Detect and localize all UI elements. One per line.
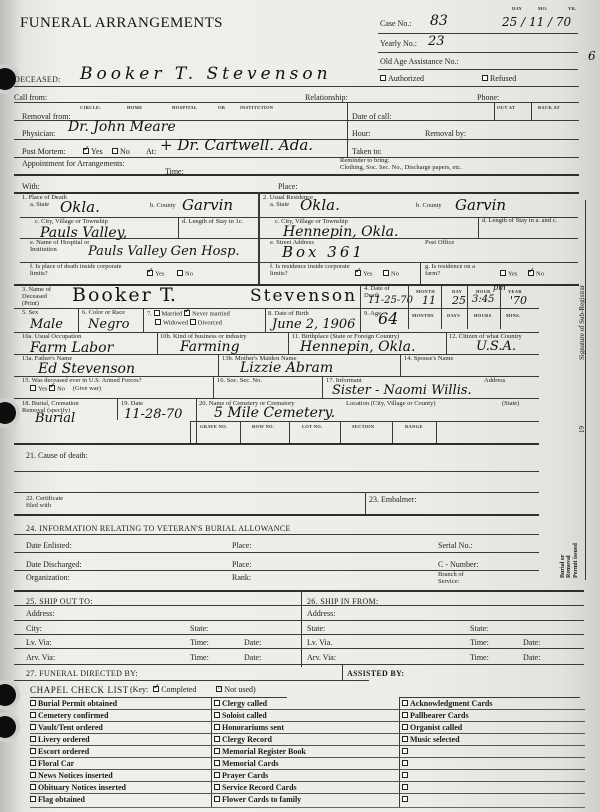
ship-in-arv-via-label: Arv. Via: xyxy=(307,654,336,662)
sex-value[interactable]: Male xyxy=(30,318,63,331)
funeral-directed-by-label: 27. FUNERAL DIRECTED BY: xyxy=(26,669,138,678)
checklist-item-cemetery-confirmed[interactable]: Cemetery confirmed xyxy=(30,711,108,720)
ship-in-state-label-2: State: xyxy=(470,625,488,633)
no-label: No xyxy=(120,147,130,156)
res-state-value[interactable]: Okla. xyxy=(300,198,340,213)
father-value[interactable]: Ed Stevenson xyxy=(38,362,135,376)
case-no-label: Case No.: xyxy=(380,20,412,28)
permit-issued-label: Burial or Removal Permit issued xyxy=(560,538,579,578)
death-corp-no[interactable]: No xyxy=(177,271,193,278)
checklist-item-memorial-register[interactable]: Memorial Register Book xyxy=(214,747,306,756)
post-office-label: Post Office xyxy=(425,240,454,247)
checklist-item-soloist-called[interactable]: Soloist called xyxy=(214,711,267,720)
mother-value[interactable]: Lizzie Abram xyxy=(240,361,333,375)
date-header-year: YR. xyxy=(568,6,577,11)
farm-no[interactable]: No xyxy=(528,271,544,278)
armed-forces-label: 15. Was deceased ever in U.S. Armed Forc… xyxy=(22,378,142,385)
checklist-item-music[interactable]: Music selected xyxy=(402,735,460,744)
section-label: SECTION xyxy=(352,424,374,429)
death-county-label: b. County xyxy=(150,203,176,210)
ship-out-lv-via-label: Lv. Via: xyxy=(26,639,52,647)
punch-hole-bottom-2 xyxy=(0,716,16,738)
circle-hospital[interactable]: HOSPITAL xyxy=(172,105,197,110)
widowed-checkbox[interactable] xyxy=(155,319,161,325)
armed-forces-yes[interactable] xyxy=(30,385,36,391)
ship-in-lv-time-label: Time: xyxy=(470,639,489,647)
checklist-item-flower-cards[interactable]: Flower Cards to family xyxy=(214,795,301,804)
checklist-item-blank-3[interactable] xyxy=(402,771,410,780)
no-label: No xyxy=(536,270,544,277)
form-title: FUNERAL ARRANGEMENTS xyxy=(20,15,223,32)
date-header-day: DAY xyxy=(512,6,522,11)
yes-label: Yes xyxy=(91,147,103,156)
cause-of-death-label: 21. Cause of death: xyxy=(26,452,88,460)
days-label: DAYS xyxy=(447,313,460,318)
hospital-value[interactable]: Pauls Valley Gen Hosp. xyxy=(88,245,240,258)
removal-by-label: Removal by: xyxy=(425,130,466,138)
ship-in-state-label-1: State: xyxy=(307,625,325,633)
death-hour-value[interactable]: 3:45 xyxy=(472,295,494,305)
circle-label: CIRCLE: xyxy=(80,105,101,110)
checklist-item-floral-car[interactable]: Floral Car xyxy=(30,759,74,768)
widowed-label: Widowed xyxy=(163,320,188,327)
checklist-item-acknowledgment[interactable]: Acknowledgment Cards xyxy=(402,699,492,708)
ship-out-arv-via-label: Arv. Via: xyxy=(26,654,55,662)
ship-out-lv-time-label: Time: xyxy=(190,639,209,647)
checklist-item-pallbearer[interactable]: Pallbearer Cards xyxy=(402,711,469,720)
yes-label: Yes xyxy=(155,270,164,277)
checklist-key: (Key: Completed oNot used) xyxy=(130,686,256,694)
deceased-value[interactable]: Booker T. Stevenson xyxy=(80,66,332,83)
disposition-date-value[interactable]: 11-28-70 xyxy=(124,408,182,421)
checklist-item-memorial-cards[interactable]: Memorial Cards xyxy=(214,759,279,768)
res-stay-label: d. Length of Stay in a. and c. xyxy=(482,218,562,225)
res-city-value[interactable]: Hennepin, Okla. xyxy=(283,225,398,239)
post-mortem-no[interactable]: No xyxy=(112,148,130,156)
completed-label: Completed xyxy=(161,685,196,694)
ship-in-lv-via-label: Lv. Via. xyxy=(307,639,332,647)
circle-home[interactable]: HOME xyxy=(127,105,142,110)
date-of-death-value[interactable]: 11-25-70 xyxy=(368,296,413,306)
row-no-label: ROW NO. xyxy=(252,424,274,429)
case-no-value[interactable]: 83 xyxy=(430,14,448,28)
punch-hole-middle xyxy=(0,402,16,424)
post-mortem-yes[interactable]: Yes xyxy=(83,148,103,156)
age-value[interactable]: 64 xyxy=(378,311,398,327)
race-label: 6. Color or Race xyxy=(82,310,125,317)
relationship-label: Relationship: xyxy=(305,94,348,102)
checklist-item-blank-2[interactable] xyxy=(402,759,410,768)
armed-forces-options: Yes No (Give war) xyxy=(30,386,101,393)
mins-label: MINS. xyxy=(506,313,520,318)
taken-to-label: Taken to: xyxy=(352,148,382,156)
phone-label: Phone: xyxy=(477,94,499,102)
checklist-item-honorariums[interactable]: Honorariums sent xyxy=(214,723,284,732)
yearly-no-value[interactable]: 23 xyxy=(428,35,445,48)
assisted-by-label: ASSISTED BY: xyxy=(347,669,404,678)
back-at-label: BACK AT xyxy=(538,105,560,110)
not-used-label: Not used) xyxy=(224,685,255,694)
sub-registrar-year-label: 19 xyxy=(578,426,586,433)
checklist-item-news-notices[interactable]: News Notices inserted xyxy=(30,771,113,780)
rank-label: Rank: xyxy=(232,574,251,582)
death-county-value[interactable]: Garvin xyxy=(182,198,233,213)
old-age-assistance-label: Old Age Assistance No.: xyxy=(380,58,459,66)
branch-label: Branch of Service: xyxy=(438,572,486,586)
cemetery-value[interactable]: 5 Mile Cemetery. xyxy=(214,406,335,420)
res-county-value[interactable]: Garvin xyxy=(455,198,506,213)
checklist-item-clergy-record[interactable]: Clergy Record xyxy=(214,735,272,744)
enlisted-place-label: Place: xyxy=(232,542,252,550)
physician-label: Physician: xyxy=(22,130,55,138)
physician-value[interactable]: Dr. John Meare xyxy=(68,120,176,134)
deceased-last-name[interactable]: Stevenson xyxy=(250,288,357,305)
industry-value[interactable]: Farming xyxy=(180,340,240,354)
circle-institution[interactable]: INSTITUTION xyxy=(240,105,273,110)
disposition-value[interactable]: Burial xyxy=(35,412,75,425)
date-header-month: MO. xyxy=(538,6,548,11)
date-discharged-label: Date Discharged: xyxy=(26,561,82,569)
checklist-item-blank-4[interactable] xyxy=(402,783,410,792)
no-label: No xyxy=(185,270,193,277)
never-married-checkbox[interactable] xyxy=(184,310,190,316)
key-label: (Key: xyxy=(130,685,148,694)
hospital-label: e. Name of Hospital or Institution xyxy=(30,240,90,254)
with-label: With: xyxy=(22,183,40,191)
informant-address-label: Address xyxy=(484,378,505,385)
post-mortem-label: Post Mortem: xyxy=(22,148,66,156)
deceased-middle-initial[interactable]: T. xyxy=(160,286,176,305)
res-corp-limits-label: f. Is residence inside corporate limits? xyxy=(270,264,360,278)
yearly-no-label: Yearly No.: xyxy=(380,40,417,48)
no-label: No xyxy=(57,385,65,392)
punch-hole-bottom xyxy=(0,684,16,706)
ship-in-arv-time-label: Time: xyxy=(470,654,489,662)
yes-label: Yes xyxy=(363,270,372,277)
marital-status-group: 7. Married Never married Widowed Divorce… xyxy=(147,311,230,328)
divorced-label: Divorced xyxy=(198,320,222,327)
married-checkbox[interactable] xyxy=(154,310,160,316)
checklist-item-burial-permit[interactable]: Burial Permit obtained xyxy=(30,699,117,708)
out-at-label: OUT AT xyxy=(497,105,515,110)
call-from-label: Call from: xyxy=(14,94,47,102)
completed-key-icon xyxy=(153,686,159,692)
cemetery-state-label: (State) xyxy=(502,401,519,408)
death-state-label: a. State xyxy=(30,202,49,209)
ship-out-address-label: Address: xyxy=(26,610,54,618)
embalmer-label: 23. Embalmer: xyxy=(369,496,417,504)
ship-in-arv-date-label: Date: xyxy=(523,654,540,662)
sex-label: 5. Sex xyxy=(22,310,38,317)
discharged-place-label: Place: xyxy=(232,561,252,569)
refused-label: Refused xyxy=(490,74,516,83)
veteran-heading: 24. INFORMATION RELATING TO VETERAN'S BU… xyxy=(26,524,291,533)
sub-registrar-signature-label: Signature of Sub-Registrar xyxy=(578,285,586,360)
range-label: RANGE xyxy=(405,424,423,429)
armed-forces-no[interactable] xyxy=(49,385,55,391)
married-label: Married xyxy=(162,310,183,317)
at-label: At: xyxy=(146,148,156,156)
at-value[interactable]: + Dr. Cartwell. Ada. xyxy=(160,138,313,153)
certificate-filed-label: 22. Certificate filed with xyxy=(26,496,76,510)
serial-no-label: Serial No.: xyxy=(438,542,473,550)
deceased-name-label: 3. Name of Deceased (Print) xyxy=(22,287,62,307)
checklist-item-vault-tent[interactable]: Vault/Tent ordered xyxy=(30,723,103,732)
birth-date-value[interactable]: June 2, 1906 xyxy=(272,318,355,331)
ship-out-arv-date-label: Date: xyxy=(244,654,261,662)
cemetery-location-label: Location (City, Village or County) xyxy=(346,401,436,408)
authorized-label: Authorized xyxy=(388,74,424,83)
checklist-item-escort[interactable]: Escort ordered xyxy=(30,747,89,756)
informant-value[interactable]: Sister - Naomi Willis. xyxy=(332,384,472,397)
authorized-checkbox[interactable]: Authorized xyxy=(380,75,424,83)
ship-out-lv-date-label: Date: xyxy=(244,639,261,647)
death-day-value[interactable]: 25 xyxy=(452,295,466,306)
res-corp-yes[interactable]: Yes xyxy=(355,271,372,278)
res-county-label: b. County xyxy=(416,203,442,210)
checklist-item-blank-1[interactable] xyxy=(402,747,410,756)
form-date-value[interactable]: 25 / 11 / 70 xyxy=(502,16,571,28)
death-state-value[interactable]: Okla. xyxy=(60,200,100,215)
checklist-item-organist[interactable]: Organist called xyxy=(402,723,462,732)
refused-checkbox[interactable]: Refused xyxy=(482,75,516,83)
death-stay-label: d. Length of Stay in 1c. xyxy=(182,219,247,226)
race-value[interactable]: Negro xyxy=(88,318,129,331)
yes-label: Yes xyxy=(508,270,517,277)
place-label: Place: xyxy=(278,183,298,191)
deceased-label: DECEASED: xyxy=(14,76,61,84)
birthplace-value[interactable]: Hennepin, Okla. xyxy=(300,340,415,354)
give-war-label: (Give war) xyxy=(73,385,101,392)
death-month-value[interactable]: 11 xyxy=(422,295,436,306)
c-number-label: C - Number: xyxy=(438,561,478,569)
checklist-item-obituary-notices[interactable]: Obituary Notices inserted xyxy=(30,783,126,792)
not-used-key-icon: o xyxy=(216,686,222,692)
deceased-first-name[interactable]: Booker xyxy=(72,286,153,305)
no-label: No xyxy=(391,270,399,277)
never-married-label: Never married xyxy=(192,310,230,317)
hour-label: Hour: xyxy=(352,130,371,138)
yes-label: Yes xyxy=(38,385,47,392)
ship-out-arv-time-label: Time: xyxy=(190,654,209,662)
checklist-item-flag[interactable]: Flag obtained xyxy=(30,795,85,804)
ship-in-address-label: Address: xyxy=(307,610,335,618)
funeral-arrangements-form: FUNERAL ARRANGEMENTS Case No.: 83 DAY MO… xyxy=(0,0,600,812)
death-corp-yes[interactable]: Yes xyxy=(147,271,164,278)
soc-sec-label: 16. Soc. Sec. No. xyxy=(217,378,262,385)
death-year-value[interactable]: '70 xyxy=(510,295,527,306)
ship-in-lv-date-label: Date: xyxy=(523,639,540,647)
death-corp-limits-label: f. Is place of death inside corporate li… xyxy=(30,264,140,278)
grave-no-label: GRAVE NO. xyxy=(200,424,227,429)
farm-label: g. Is residence on a farm? xyxy=(425,264,485,278)
divorced-checkbox[interactable] xyxy=(190,319,196,325)
circle-or: OR xyxy=(218,105,225,110)
reminder-label: Reminder to bring:Clothing, Soc. Sec. No… xyxy=(340,158,462,172)
ship-out-city-label: City: xyxy=(26,625,42,633)
checklist-item-livery[interactable]: Livery ordered xyxy=(30,735,90,744)
corner-mark: 6 xyxy=(588,50,596,62)
hours-label: HOURS xyxy=(474,313,492,318)
lot-no-label: LOT NO. xyxy=(302,424,323,429)
ship-out-state-label: State: xyxy=(190,625,208,633)
chapel-checklist-heading: CHAPEL CHECK LIST xyxy=(30,685,129,695)
months-label: MONTHS xyxy=(412,313,434,318)
spouse-label: 14. Spouse's Name xyxy=(404,356,453,363)
checklist-item-clergy-called[interactable]: Clergy called xyxy=(214,699,267,708)
date-enlisted-label: Date Enlisted: xyxy=(26,542,72,550)
farm-yes[interactable]: Yes xyxy=(500,271,517,278)
checklist-item-blank-5[interactable] xyxy=(402,795,410,804)
res-corp-no[interactable]: No xyxy=(383,271,399,278)
occupation-value[interactable]: Farm Labor xyxy=(30,341,113,355)
checklist-item-prayer-cards[interactable]: Prayer Cards xyxy=(214,771,268,780)
checklist-item-service-record[interactable]: Service Record Cards xyxy=(214,783,297,792)
street-address-value[interactable]: Box 361 xyxy=(282,245,365,260)
appointment-label: Appointment for Arrangements: xyxy=(22,160,125,168)
organization-label: Organization: xyxy=(26,574,70,582)
res-state-label: a. State xyxy=(270,202,289,209)
citizen-value[interactable]: U.S.A. xyxy=(476,340,516,353)
